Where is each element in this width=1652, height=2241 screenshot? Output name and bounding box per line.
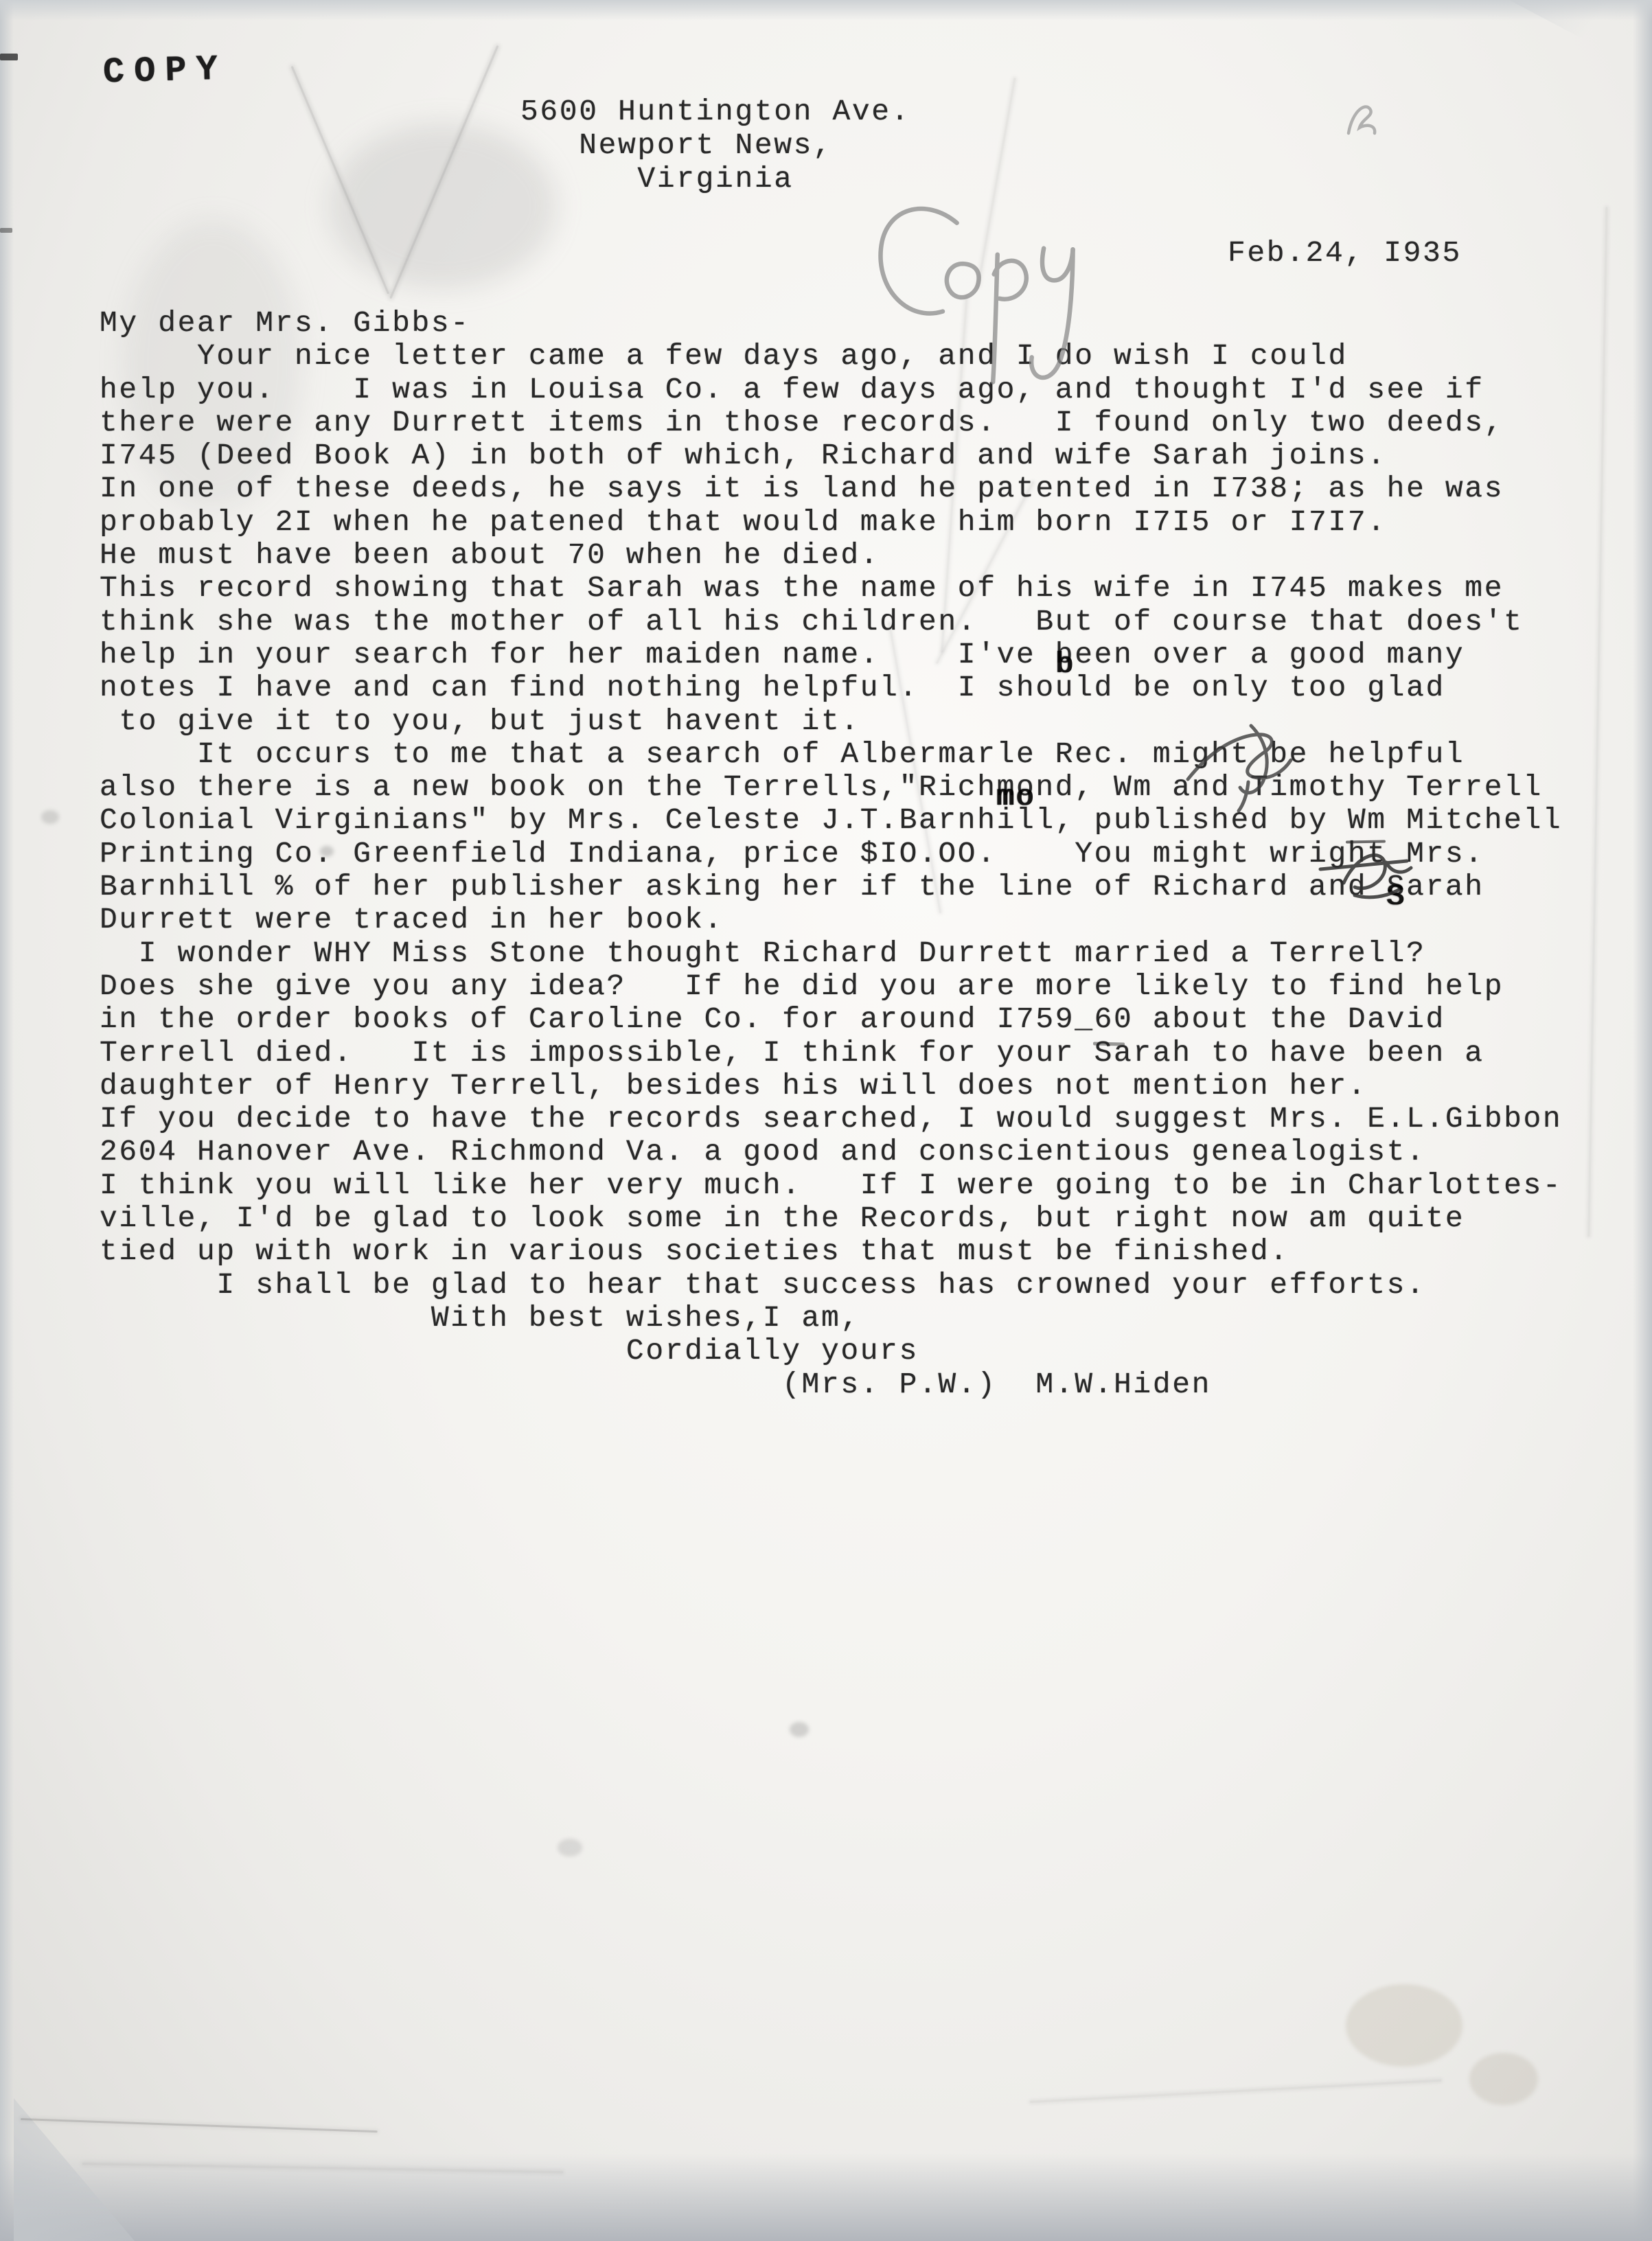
paper-edge-left bbox=[0, 0, 14, 2241]
edge-mark bbox=[0, 54, 18, 60]
letter-line: He must have been about 70 when he died. bbox=[100, 539, 1562, 572]
letter-line: 2604 Hanover Ave. Richmond Va. a good an… bbox=[100, 1136, 1562, 1169]
letter-line: think she was the mother of all his chil… bbox=[100, 606, 1562, 639]
letter-line: (Mrs. P.W.) M.W.Hiden bbox=[100, 1368, 1562, 1401]
letter-line: tied up with work in various societies t… bbox=[100, 1235, 1562, 1268]
paper-stain bbox=[1469, 2053, 1538, 2105]
letter-line: daughter of Henry Terrell, besides his w… bbox=[100, 1070, 1562, 1103]
paper-stain bbox=[790, 1722, 809, 1737]
letter-line: This record showing that Sarah was the n… bbox=[100, 572, 1562, 605]
letter-line: It occurs to me that a search of Alberma… bbox=[100, 738, 1562, 771]
address-line: 5600 Huntington Ave. bbox=[520, 95, 910, 128]
letter-line: probably 2I when he patened that would m… bbox=[100, 506, 1562, 539]
letter-line: I think you will like her very much. If … bbox=[100, 1169, 1562, 1202]
sender-address: 5600 Huntington Ave. Newport News, Virgi… bbox=[520, 95, 910, 196]
letter-line: Terrell died. It is impossible, I think … bbox=[100, 1037, 1562, 1070]
letter-line: In one of these deeds, he says it is lan… bbox=[100, 472, 1562, 505]
pencil-correction-wright bbox=[1315, 832, 1432, 921]
letter-line: I shall be glad to hear that success has… bbox=[100, 1269, 1562, 1302]
letter-line: ville, I'd be glad to look some in the R… bbox=[100, 1202, 1562, 1235]
overtype-mark: b bbox=[1055, 647, 1075, 681]
paper-stain bbox=[1346, 1984, 1462, 2067]
letter-line: also there is a new book on the Terrells… bbox=[100, 771, 1562, 804]
paper-edge-top bbox=[0, 0, 1652, 21]
letter-line: help you. I was in Louisa Co. a few days… bbox=[100, 373, 1562, 406]
edge-mark bbox=[0, 228, 12, 233]
letter-line: With best wishes,I am, bbox=[100, 1302, 1562, 1335]
address-line: Newport News, bbox=[520, 128, 910, 162]
typed-copy-stamp: COPY bbox=[102, 49, 227, 93]
letter-line: Does she give you any idea? If he did yo… bbox=[100, 970, 1562, 1003]
letter-line: help in your search for her maiden name.… bbox=[100, 639, 1562, 671]
letter-date: Feb.24, I935 bbox=[1228, 236, 1462, 270]
letter-line: Cordially yours bbox=[100, 1335, 1562, 1368]
paper-edge-right bbox=[1633, 0, 1652, 2241]
letter-line: to give it to you, but just havent it. bbox=[100, 705, 1562, 738]
paper-stain bbox=[558, 1839, 582, 1857]
letter-line: My dear Mrs. Gibbs- bbox=[100, 307, 1562, 340]
address-line: Virginia bbox=[520, 162, 910, 196]
letter-line: If you decide to have the records search… bbox=[100, 1103, 1562, 1136]
scanned-letter: COPY 5600 Huntington Ave. Newport News, … bbox=[0, 0, 1652, 2241]
letter-line: there were any Durrett items in those re… bbox=[100, 406, 1562, 439]
handwritten-copy-annotation bbox=[850, 168, 1107, 425]
letter-line: in the order books of Caroline Co. for a… bbox=[100, 1003, 1562, 1036]
pencil-scribble-might bbox=[1167, 711, 1311, 820]
letter-line: Your nice letter came a few days ago, an… bbox=[100, 340, 1562, 373]
letter-line: notes I have and can find nothing helpfu… bbox=[100, 671, 1562, 704]
overtype-mark: mo bbox=[996, 780, 1035, 814]
pencil-mark bbox=[1339, 95, 1394, 150]
letter-line: I745 (Deed Book A) in both of which, Ric… bbox=[100, 439, 1562, 472]
paper-edge-bottom bbox=[0, 2138, 1652, 2241]
letter-line: I wonder WHY Miss Stone thought Richard … bbox=[100, 937, 1562, 970]
paper-stain bbox=[41, 810, 59, 824]
